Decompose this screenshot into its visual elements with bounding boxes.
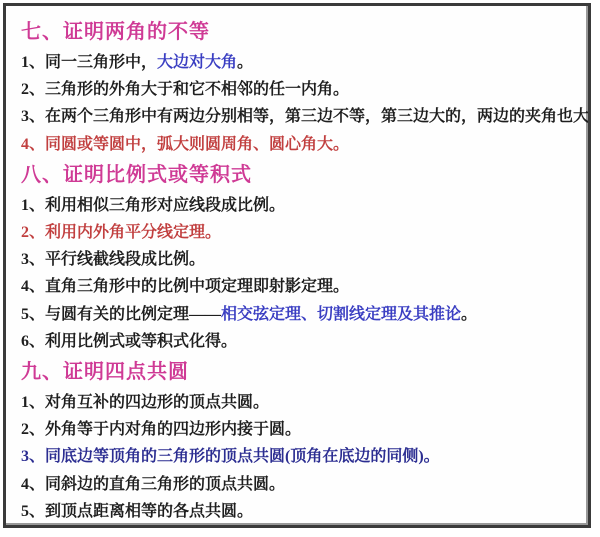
text-segment: 1、同一三角形中， [21,54,157,71]
text-segment: 3、平行线截线段成比例。 [21,251,205,268]
text-segment: 2、三角形的外角大于和它不相邻的任一内角。 [21,81,349,98]
text-segment: 1、利用相似三角形对应线段成比例。 [21,197,285,214]
list-item: 4、同圆或等圆中，弧大则圆周角、圆心角大。 [21,131,582,158]
page-frame: 七、证明两角的不等 1、同一三角形中，大边对大角。 2、三角形的外角大于和它不相… [3,3,591,528]
list-item: 1、对角互补的四边形的顶点共圆。 [21,389,582,416]
list-item: 1、同一三角形中，大边对大角。 [21,49,582,76]
section-heading-7: 七、证明两角的不等 [21,15,582,49]
list-item: 3、在两个三角形中有两边分别相等，第三边不等，第三边大的，两边的夹角也大。 [21,103,582,130]
list-item: 2、利用内外角平分线定理。 [21,219,582,246]
list-item: 1、利用相似三角形对应线段成比例。 [21,192,582,219]
text-segment: 4、同斜边的直角三角形的顶点共圆。 [21,476,285,493]
text-segment-emphasis: 4、同圆或等圆中，弧大则圆周角、圆心角大。 [21,136,349,153]
text-segment-emphasis: 3、同底边等顶角的三角形的顶点共圆(顶角在底边的同侧)。 [21,448,440,465]
list-item: 6、利用比例式或等积式化得。 [21,328,582,355]
list-item: 2、三角形的外角大于和它不相邻的任一内角。 [21,76,582,103]
list-item: 5、到顶点距离相等的各点共圆。 [21,498,582,525]
list-item: 4、同斜边的直角三角形的顶点共圆。 [21,471,582,498]
text-segment-emphasis: 2、利用内外角平分线定理。 [21,224,221,241]
text-segment-emphasis: 相交弦定理、切割线定理及其推论 [221,306,461,323]
text-segment-emphasis: 大边对大角 [157,54,237,71]
list-item: 5、与圆有关的比例定理——相交弦定理、切割线定理及其推论。 [21,301,582,328]
list-item: 3、平行线截线段成比例。 [21,246,582,273]
text-segment: 6、利用比例式或等积式化得。 [21,333,237,350]
list-item: 4、直角三角形中的比例中项定理即射影定理。 [21,273,582,300]
text-segment: 5、与圆有关的比例定理—— [21,306,221,323]
text-segment: 5、到顶点距离相等的各点共圆。 [21,503,253,520]
text-segment: 3、在两个三角形中有两边分别相等，第三边不等，第三边大的，两边的夹角也大。 [21,108,588,125]
list-item: 3、同底边等顶角的三角形的顶点共圆(顶角在底边的同侧)。 [21,443,582,470]
text-segment: 2、外角等于内对角的四边形内接于圆。 [21,421,301,438]
text-segment: 4、直角三角形中的比例中项定理即射影定理。 [21,278,349,295]
list-item: 2、外角等于内对角的四边形内接于圆。 [21,416,582,443]
section-heading-9: 九、证明四点共圆 [21,355,582,389]
text-segment: 。 [461,306,477,323]
section-heading-8: 八、证明比例式或等积式 [21,158,582,192]
text-segment: 1、对角互补的四边形的顶点共圆。 [21,394,269,411]
text-segment: 。 [237,54,253,71]
notes-content: 七、证明两角的不等 1、同一三角形中，大边对大角。 2、三角形的外角大于和它不相… [6,6,588,525]
